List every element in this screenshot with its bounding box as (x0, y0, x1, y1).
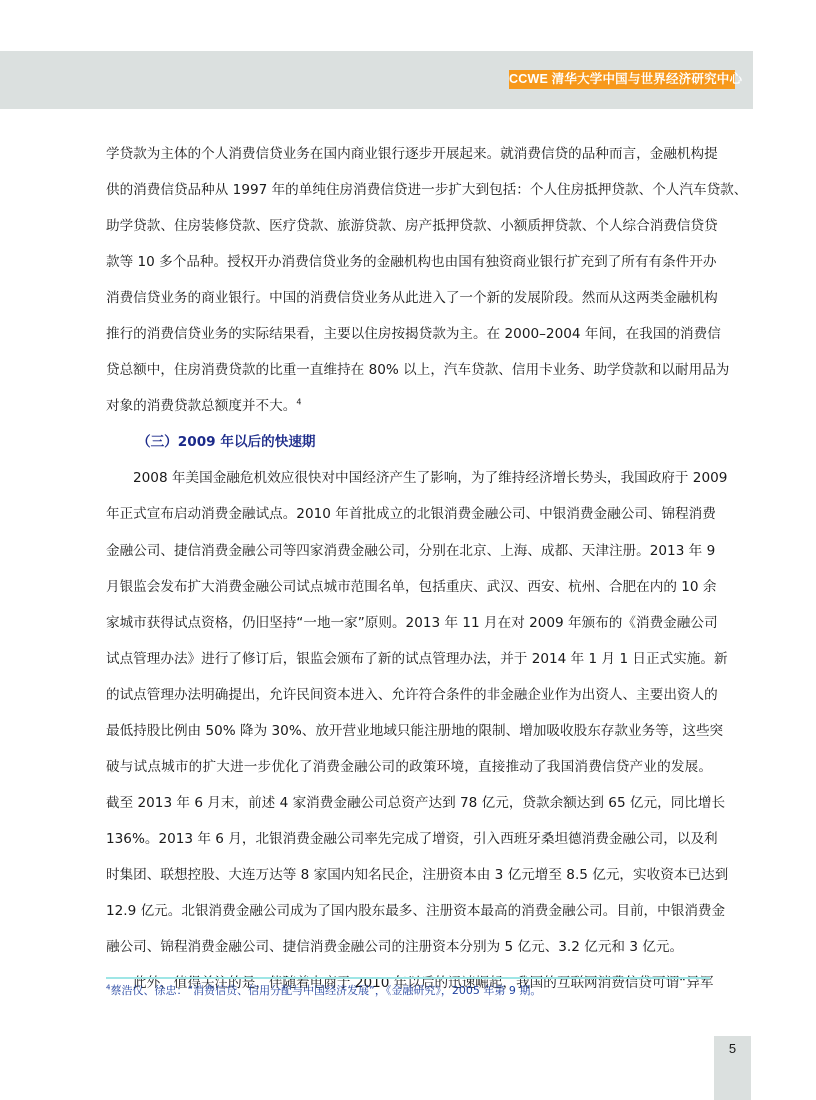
text-line: 家城市获得试点资格，仍旧坚持“一地一家”原则。2013 年 11 月在对 200… (106, 605, 712, 641)
text-line: 消费信贷业务的商业银行。中国的消费信贷业务从此进入了一个新的发展阶段。然而从这两… (106, 280, 712, 316)
text-line: 时集团、联想控股、大连万达等 8 家国内知名民企，注册资本由 3 亿元增至 8.… (106, 857, 712, 893)
text-line: 12.9 亿元。北银消费金融公司成为了国内股东最多、注册资本最高的消费金融公司。… (106, 893, 712, 929)
text-line: 截至 2013 年 6 月末，前述 4 家消费金融公司总资产达到 78 亿元，贷… (106, 785, 712, 821)
text-line: 试点管理办法》进行了修订后，银监会颁布了新的试点管理办法，并于 2014 年 1… (106, 641, 712, 677)
body-text: 学贷款为主体的个人消费信贷业务在国内商业银行逐步开展起来。就消费信贷的品种而言，… (106, 136, 712, 1001)
page-number-box: 5 (714, 1036, 751, 1100)
text-line: 最低持股比例由 50% 降为 30%、放开营业地域只能注册地的限制、增加吸收股东… (106, 713, 712, 749)
text-line: 学贷款为主体的个人消费信贷业务在国内商业银行逐步开展起来。就消费信贷的品种而言，… (106, 136, 712, 172)
text-line: 破与试点城市的扩大进一步优化了消费金融公司的政策环境，直接推动了我国消费信贷产业… (106, 749, 712, 785)
text-line: 年正式宣布启动消费金融试点。2010 年首批成立的北银消费金融公司、中银消费金融… (106, 496, 712, 532)
text-line: 融公司、锦程消费金融公司、捷信消费金融公司的注册资本分别为 5 亿元、3.2 亿… (106, 929, 712, 965)
institution-label: CCWE 清华大学中国与世界经济研究中心 (509, 70, 735, 89)
text-line: 2008 年美国金融危机效应很快对中国经济产生了影响，为了维持经济增长势头，我国… (106, 460, 712, 496)
footnote-reference[interactable]: 4 (296, 398, 301, 407)
text-line: 月银监会发布扩大消费金融公司试点城市范围名单，包括重庆、武汉、西安、杭州、合肥在… (106, 569, 712, 605)
text-line-last: 对象的消费贷款总额度并不大。4 (106, 388, 712, 424)
footnote-text: 蔡浩仪、徐忠：“消费信贷、信用分配与中国经济发展”，《金融研究》，2005 年第… (110, 984, 541, 997)
text-line: 金融公司、捷信消费金融公司等四家消费金融公司，分别在北京、上海、成都、天津注册。… (106, 533, 712, 569)
text-line: 助学贷款、住房装修贷款、医疗贷款、旅游贷款、房产抵押贷款、小额质押贷款、个人综合… (106, 208, 712, 244)
page-number: 5 (714, 1041, 751, 1056)
text-line: 款等 10 多个品种。授权开办消费信贷业务的金融机构也由国有独资商业银行扩充到了… (106, 244, 712, 280)
text-line: 136%。2013 年 6 月，北银消费金融公司率先完成了增资，引入西班牙桑坦德… (106, 821, 712, 857)
text-line: 的试点管理办法明确提出，允许民间资本进入、允许符合条件的非金融企业作为出资人、主… (106, 677, 712, 713)
footnote-divider (106, 977, 710, 979)
text-content: 对象的消费贷款总额度并不大。 (106, 398, 296, 414)
text-line: 贷总额中，住房消费贷款的比重一直维持在 80% 以上，汽车贷款、信用卡业务、助学… (106, 352, 712, 388)
footnote: 4蔡浩仪、徐忠：“消费信贷、信用分配与中国经济发展”，《金融研究》，2005 年… (106, 983, 541, 999)
text-line: 供的消费信贷品种从 1997 年的单纯住房消费信贷进一步扩大到包括：个人住房抵押… (106, 172, 712, 208)
section-heading: （三）2009 年以后的快速期 (106, 424, 712, 460)
text-line: 推行的消费信贷业务的实际结果看，主要以住房按揭贷款为主。在 2000–2004 … (106, 316, 712, 352)
